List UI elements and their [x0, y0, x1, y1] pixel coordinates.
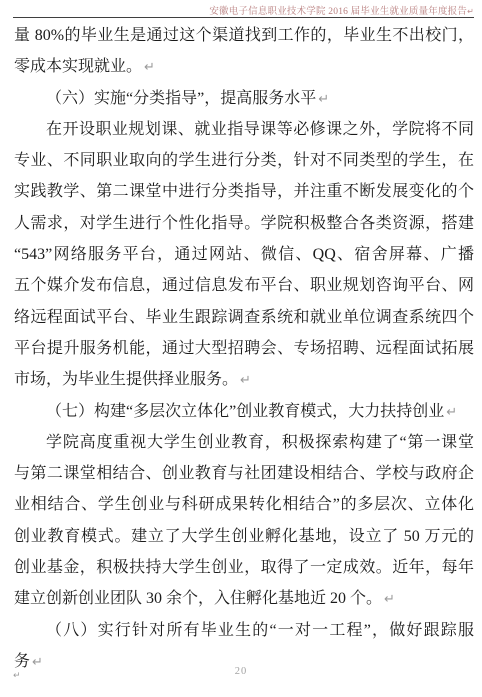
text-line: 建立创新创业团队 30 余个，入住孵化基地近 20 个。↵ [14, 583, 474, 614]
text-line-content: 市场，为毕业生提供择业服务。 [14, 371, 238, 388]
text-line-content: 五个媒介发布信息，通过信息发布平台、职业规划咨询平台、网 [14, 277, 474, 294]
paragraph-mark-icon: ↵ [238, 373, 251, 388]
text-line-content: 专业、不同职业取向的学生进行分类，针对不同类型的学生，在 [14, 152, 474, 169]
text-line: 五个媒介发布信息，通过信息发布平台、职业规划咨询平台、网 [14, 270, 474, 301]
text-line-content: 创业教育模式。建立了大学生创业孵化基地，设立了 50 万元的 [14, 528, 474, 545]
text-line: 学院高度重视大学生创业教育，积极探索构建了“第一课堂 [14, 427, 474, 458]
paragraph-mark-icon: ↵ [382, 592, 395, 607]
text-line-content: 业相结合、学生创业与科研成果转化相结合”的多层次、立体化 [14, 496, 474, 513]
text-line-content: （六）实施“分类指导”，提高服务水平 [46, 90, 316, 107]
paragraph-mark-icon: ↵ [444, 405, 457, 420]
paragraph-mark-icon: ↵ [142, 60, 155, 75]
text-line-content: 在开设职业规划课、就业指导课等必修课之外，学院将不同 [46, 121, 474, 138]
header-title: 安徽电子信息职业技术学院 2016 届毕业生就业质量年度报告 [209, 7, 467, 17]
text-line-content: 创业基金，积极扶持大学生创业，取得了一定成效。近年，每年 [14, 559, 474, 576]
text-line-content: （八）实行针对所有毕业生的“一对一工程”，做好跟踪服 [46, 622, 474, 639]
page-header: 安徽电子信息职业技术学院 2016 届毕业生就业质量年度报告↵ [209, 3, 474, 17]
text-line: 人需求，对学生进行个性化指导。学院积极整合各类资源，搭建 [14, 208, 474, 239]
text-line: 平台提升服务机能，通过大型招聘会、专场招聘、远程面试拓展 [14, 333, 474, 364]
text-line: 络远程面试平台、毕业生跟踪调查系统和就业单位调查系统四个 [14, 302, 474, 333]
paragraph-mark-icon: ↵ [316, 92, 329, 107]
text-line-content: 人需求，对学生进行个性化指导。学院积极整合各类资源，搭建 [14, 215, 474, 232]
text-line: 与第二课堂相结合、创业教育与社团建设相结合、学校与政府企 [14, 458, 474, 489]
text-line: 创业教育模式。建立了大学生创业孵化基地，设立了 50 万元的 [14, 521, 474, 552]
text-line: 专业、不同职业取向的学生进行分类，针对不同类型的学生，在 [14, 145, 474, 176]
text-line: 市场，为毕业生提供择业服务。↵ [14, 364, 474, 395]
text-line: “543”网络服务平台，通过网站、微信、QQ、宿舍屏幕、广播 [14, 239, 474, 270]
text-line-content: “543”网络服务平台，通过网站、微信、QQ、宿舍屏幕、广播 [14, 246, 474, 263]
text-line: 在开设职业规划课、就业指导课等必修课之外，学院将不同 [14, 114, 474, 145]
text-line: 创业基金，积极扶持大学生创业，取得了一定成效。近年，每年 [14, 552, 474, 583]
document-page: 安徽电子信息职业技术学院 2016 届毕业生就业质量年度报告↵ 量 80%的毕业… [0, 0, 482, 697]
text-line-content: （七）构建“多层次立体化”创业教育模式，大力扶持创业 [46, 403, 444, 420]
text-line: （八）实行针对所有毕业生的“一对一工程”，做好跟踪服 [14, 615, 474, 646]
paragraph-mark-icon: ↵ [467, 7, 474, 16]
document-body: 量 80%的毕业生是通过这个渠道找到工作的，毕业生不出校门，零成本实现就业。↵（… [14, 20, 474, 677]
text-line-content: 实践教学、第二课堂中进行分类指导，并注重不断发展变化的个 [14, 183, 474, 200]
text-line: （七）构建“多层次立体化”创业教育模式，大力扶持创业↵ [14, 396, 474, 427]
text-line-content: 量 80%的毕业生是通过这个渠道找到工作的，毕业生不出校门， [14, 27, 474, 44]
text-line-content: 建立创新创业团队 30 余个，入住孵化基地近 20 个。 [14, 590, 382, 607]
text-line-content: 络远程面试平台、毕业生跟踪调查系统和就业单位调查系统四个 [14, 309, 474, 326]
text-line-content: 学院高度重视大学生创业教育，积极探索构建了“第一课堂 [46, 434, 474, 451]
text-line: 量 80%的毕业生是通过这个渠道找到工作的，毕业生不出校门， [14, 20, 474, 51]
page-number: 20 [0, 666, 482, 677]
text-line: （六）实施“分类指导”，提高服务水平↵ [14, 83, 474, 114]
header-rule [13, 17, 474, 18]
text-line-content: 零成本实现就业。 [14, 58, 142, 75]
text-line-content: 与第二课堂相结合、创业教育与社团建设相结合、学校与政府企 [14, 465, 474, 482]
text-line: 实践教学、第二课堂中进行分类指导，并注重不断发展变化的个 [14, 176, 474, 207]
text-line: 业相结合、学生创业与科研成果转化相结合”的多层次、立体化 [14, 489, 474, 520]
text-line: 零成本实现就业。↵ [14, 51, 474, 82]
text-line-content: 平台提升服务机能，通过大型招聘会、专场招聘、远程面试拓展 [14, 340, 474, 357]
